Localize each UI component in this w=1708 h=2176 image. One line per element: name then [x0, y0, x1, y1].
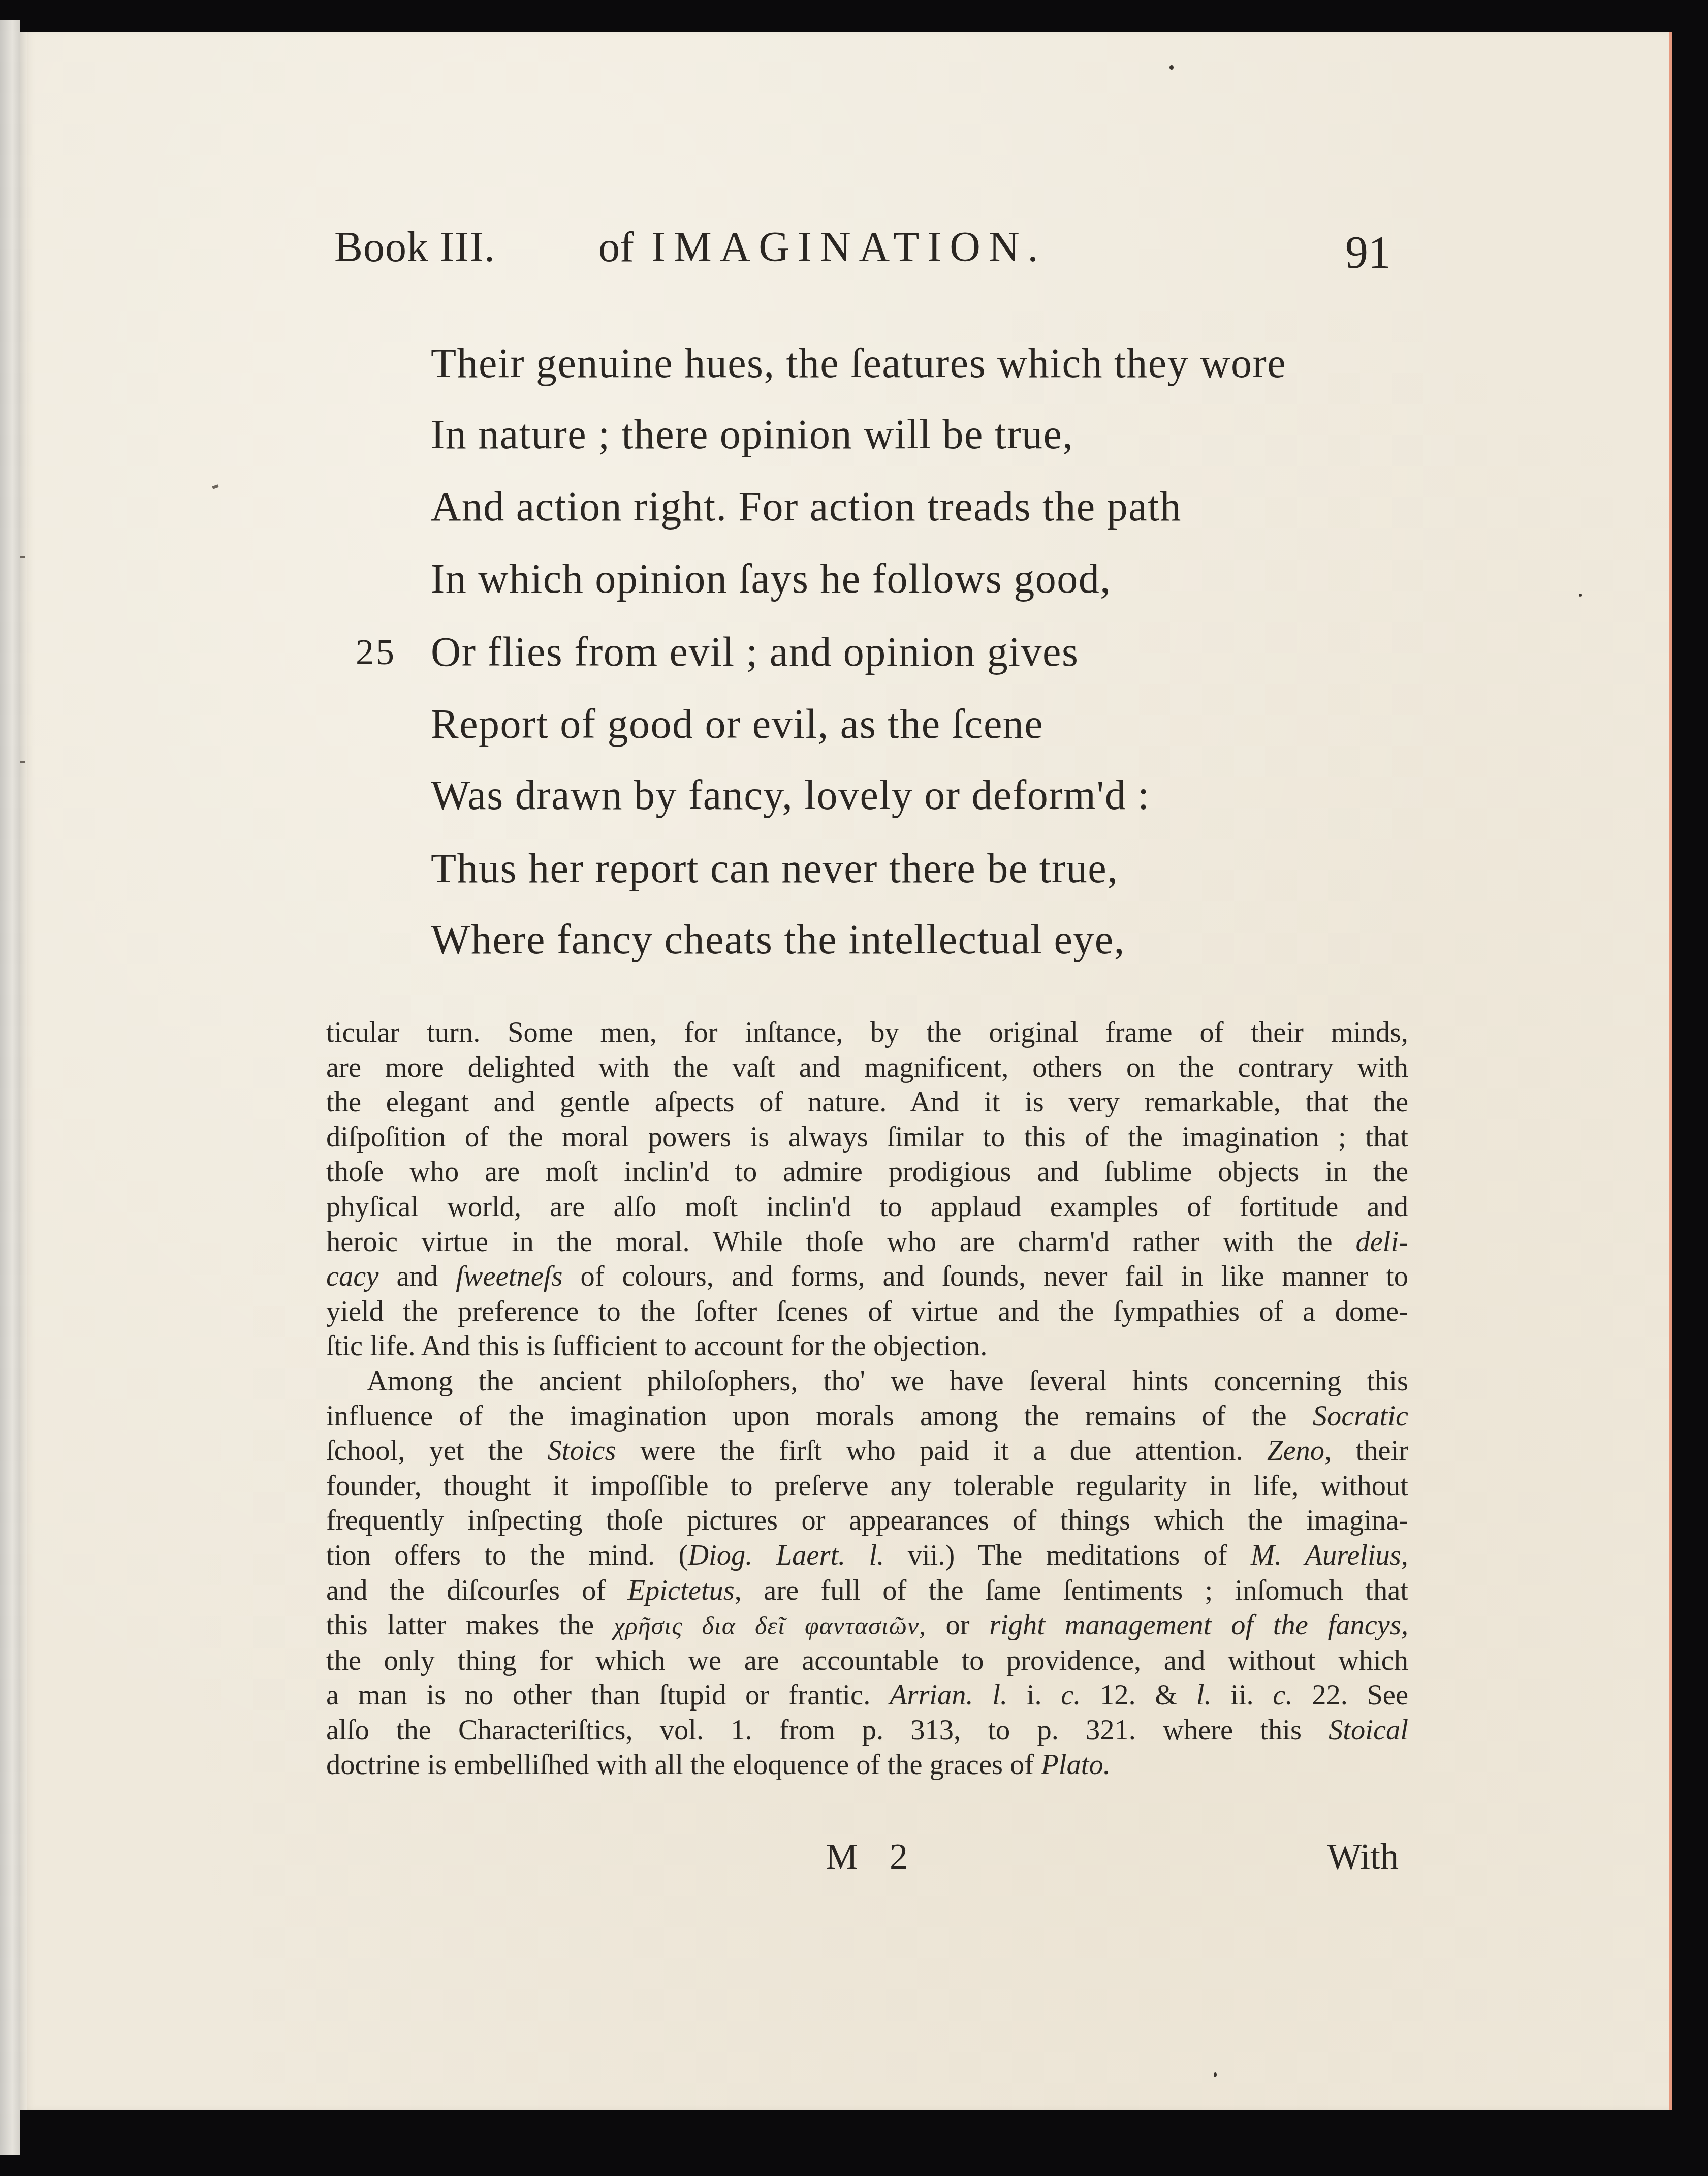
verse-line: Where fancy cheats the intellectual eye,: [431, 916, 1125, 963]
page-number: 91: [1345, 227, 1391, 279]
verse-line: Thus her report can never there be true,: [431, 845, 1118, 892]
footnote-text: ſtic life. And this is ſufficient to acc…: [326, 1330, 987, 1362]
italic-text: Socratic: [1313, 1401, 1408, 1432]
footnote-text: 12. &: [1081, 1680, 1196, 1711]
left-page-edge: [0, 20, 20, 2155]
footnote-line: and the diſcourſes of Epictetus, are ful…: [326, 1573, 1408, 1608]
footnote-text: ticular turn. Some men, for inſtance, by…: [326, 1017, 1408, 1048]
footnote-text: alſo the Characteriſtics, vol. 1. from p…: [326, 1715, 1329, 1746]
footnote-line: frequently inſpecting thoſe pictures or …: [326, 1503, 1408, 1538]
footnote-line: ſtic life. And this is ſufficient to acc…: [326, 1329, 1408, 1364]
footnote-block: ticular turn. Some men, for inſtance, by…: [326, 1015, 1408, 1783]
italic-text: Plato.: [1041, 1749, 1111, 1781]
footnote-text: , are full of the ſame ſentiments ; inſo…: [735, 1575, 1408, 1606]
footnote-line: yield the preference to the ſofter ſcene…: [326, 1294, 1408, 1329]
italic-text: Diog. Laert. l.: [688, 1540, 884, 1571]
footnote-text: and the diſcourſes of: [326, 1575, 628, 1606]
italic-text: M. Aurelius: [1251, 1540, 1401, 1571]
footnote-text: i.: [1007, 1680, 1061, 1711]
margin-mark: [20, 761, 25, 763]
footnote-line: cacy and ſweetneſs of colours, and forms…: [326, 1259, 1408, 1294]
ink-speck: [1169, 65, 1174, 70]
italic-text: l.: [1196, 1680, 1212, 1711]
footnote-text: ii.: [1212, 1680, 1273, 1711]
title-word: IMAGINATION.: [651, 224, 1047, 271]
chapter-title: ofIMAGINATION.: [598, 223, 1047, 272]
footnote-line: the elegant and gentle aſpects of nature…: [326, 1085, 1408, 1120]
footnote-line: a man is no other than ſtupid or frantic…: [326, 1678, 1408, 1713]
footnote-text: vii.) The meditations of: [884, 1540, 1251, 1571]
italic-text: Epictetus: [628, 1575, 735, 1606]
footnote-line: alſo the Characteriſtics, vol. 1. from p…: [326, 1713, 1408, 1748]
footnote-text: thoſe who are moſt inclin'd to admire pr…: [326, 1156, 1408, 1188]
footnote-line: the only thing for which we are accounta…: [326, 1643, 1408, 1678]
italic-text: Stoical: [1329, 1715, 1408, 1746]
footnote-text: 22. See: [1293, 1680, 1408, 1711]
italic-text: deli-: [1355, 1226, 1408, 1258]
footnote-line: are more delighted with the vaſt and mag…: [326, 1050, 1408, 1085]
footnote-text: of colours, and forms, and ſounds, never…: [562, 1261, 1408, 1292]
footnote-line: diſpoſition of the moral powers is alway…: [326, 1120, 1408, 1155]
footnote-line: ticular turn. Some men, for inſtance, by…: [326, 1015, 1408, 1050]
footnote-text: are more delighted with the vaſt and mag…: [326, 1052, 1408, 1083]
footnote-text: heroic virtue in the moral. While thoſe …: [326, 1226, 1355, 1258]
title-of: of: [598, 224, 634, 271]
italic-text: Stoics: [547, 1435, 616, 1467]
footnote-text: phyſical world, are alſo moſt inclin'd t…: [326, 1191, 1408, 1223]
footnote-text: frequently inſpecting thoſe pictures or …: [326, 1505, 1408, 1536]
footnote-text: this latter makes the: [326, 1609, 614, 1641]
italic-text: Arrian. l.: [890, 1680, 1007, 1711]
footnote-text: founder, thought it impoſſible to preſer…: [326, 1470, 1408, 1502]
footnote-text: Among the ancient philoſophers, tho' we …: [367, 1365, 1408, 1397]
catchword: With: [1327, 1836, 1399, 1878]
italic-text: ſweetneſs: [456, 1261, 562, 1292]
footnote-text: ſchool, yet the: [326, 1435, 547, 1467]
footnote-text: were the firſt who paid it a due attenti…: [616, 1435, 1267, 1467]
verse-line: In which opinion ſays he follows good,: [431, 555, 1111, 603]
footnote-line: thoſe who are moſt inclin'd to admire pr…: [326, 1155, 1408, 1190]
footnote-text: or: [926, 1609, 989, 1641]
gutter-shadow: [20, 32, 27, 2110]
italic-text: c.: [1061, 1680, 1081, 1711]
footnote-line: heroic virtue in the moral. While thoſe …: [326, 1225, 1408, 1260]
verse-line: And action right. For action treads the …: [431, 483, 1182, 531]
footnote-line: doctrine is embelliſhed with all the elo…: [326, 1748, 1408, 1783]
footnote-text: ,: [1401, 1540, 1408, 1571]
line-number: 25: [356, 631, 396, 673]
verse-line: Their genuine hues, the ſeatures which t…: [431, 339, 1286, 387]
footnote-line: founder, thought it impoſſible to preſer…: [326, 1469, 1408, 1504]
footnote-text: , their: [1324, 1435, 1408, 1467]
ink-speck: [1579, 594, 1582, 597]
footnote-line: tion offers to the mind. (Diog. Laert. l…: [326, 1538, 1408, 1573]
footnote-text: the only thing for which we are accounta…: [326, 1645, 1408, 1676]
verse-line: Was drawn by fancy, lovely or deform'd :: [431, 771, 1150, 819]
footnote-text: and: [378, 1261, 456, 1292]
greek-phrase: χρῆσις δια δεῖ φαντασιῶν,: [614, 1611, 926, 1640]
footnote-line: influence of the imagination upon morals…: [326, 1399, 1408, 1434]
footnote-line: ſchool, yet the Stoics were the firſt wh…: [326, 1434, 1408, 1469]
book-number: Book III.: [334, 223, 495, 272]
footnote-text: a man is no other than ſtupid or frantic…: [326, 1680, 890, 1711]
italic-text: Zeno: [1267, 1435, 1324, 1467]
footnote-line: this latter makes the χρῆσις δια δεῖ φαν…: [326, 1608, 1408, 1643]
verse-line: Or flies from evil ; and opinion gives: [431, 628, 1079, 676]
verse-line: Report of good or evil, as the ſcene: [431, 700, 1043, 748]
verse-line: In nature ; there opinion will be true,: [431, 411, 1073, 458]
signature-mark: M 2: [826, 1836, 919, 1878]
margin-mark: [20, 556, 25, 558]
footnote-text: the elegant and gentle aſpects of nature…: [326, 1086, 1408, 1118]
italic-text: cacy: [326, 1261, 378, 1292]
ink-speck: [1214, 2072, 1217, 2077]
footnote-text: tion offers to the mind. (: [326, 1540, 688, 1571]
footnote-line: phyſical world, are alſo moſt inclin'd t…: [326, 1190, 1408, 1225]
footnote-text: diſpoſition of the moral powers is alway…: [326, 1122, 1408, 1153]
footnote-line: Among the ancient philoſophers, tho' we …: [326, 1364, 1408, 1399]
italic-text: c.: [1273, 1680, 1292, 1711]
footnote-text: doctrine is embelliſhed with all the elo…: [326, 1749, 1041, 1781]
running-head: Book III. ofIMAGINATION. 91: [334, 223, 1452, 284]
footnote-text: yield the preference to the ſofter ſcene…: [326, 1296, 1408, 1327]
italic-text: right management of the fancys,: [989, 1609, 1408, 1641]
footnote-text: influence of the imagination upon morals…: [326, 1401, 1313, 1432]
